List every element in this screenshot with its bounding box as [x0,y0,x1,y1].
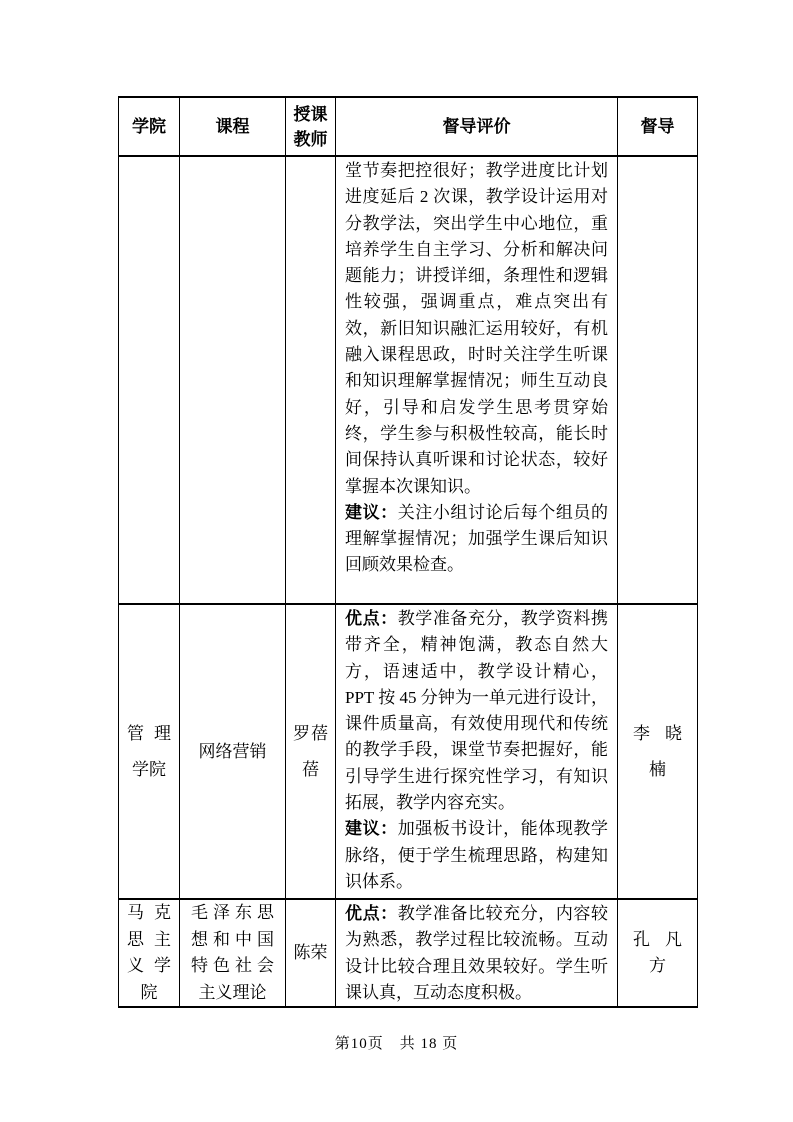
paragraph-text: 堂节奏把控很好；教学进度比计划进度延后 2 次课，教学设计运用对分教学法，突出学… [345,161,608,496]
document-page: 学院 课程 授课教师 督导评价 督导 堂节奏把控很好；教学进度比计划进度延后 2… [0,0,793,1122]
suggestion-label: 建议： [345,819,398,838]
table-row: 管理学院 网络营销 罗蓓蓓 优点：教学准备充分，教学资料携带齐全，精神饱满，教态… [119,604,698,899]
evaluation-paragraph: 优点：教学准备比较充分，内容较为熟悉，教学过程比较流畅。互动设计比较合理且效果较… [345,901,608,1006]
paragraph-text: 教学准备充分，教学资料携带齐全，精神饱满，教态自然大方，语速适中，教学设计精心，… [345,609,608,812]
evaluation-paragraph: 建议：关注小组讨论后每个组员的理解掌握情况；加强学生课后知识回顾效果检查。 [345,500,608,579]
merit-label: 优点： [345,904,398,923]
supervisor-cell: 李晓楠 [618,604,698,899]
header-cell-supervisor: 督导 [618,97,698,156]
course-cell: 网络营销 [180,604,286,899]
suggestion-label: 建议： [345,503,398,522]
evaluation-cell: 优点：教学准备充分，教学资料携带齐全，精神饱满，教态自然大方，语速适中，教学设计… [336,604,618,899]
college-cell: 管理学院 [119,604,180,899]
supervision-evaluation-table: 学院 课程 授课教师 督导评价 督导 堂节奏把控很好；教学进度比计划进度延后 2… [118,96,698,1008]
header-cell-course: 课程 [180,97,286,156]
college-cell: 马克思主义学院 [119,899,180,1007]
course-cell: 毛泽东思想和中国特色社会主义理论 [180,899,286,1007]
table-row: 马克思主义学院 毛泽东思想和中国特色社会主义理论 陈荣 优点：教学准备比较充分，… [119,899,698,1007]
course-cell [180,156,286,604]
table-header-row: 学院 课程 授课教师 督导评价 督导 [119,97,698,156]
teacher-cell [286,156,336,604]
teacher-cell: 罗蓓蓓 [286,604,336,899]
merit-label: 优点： [345,609,398,628]
table-row: 堂节奏把控很好；教学进度比计划进度延后 2 次课，教学设计运用对分教学法，突出学… [119,156,698,604]
teacher-cell: 陈荣 [286,899,336,1007]
supervisor-cell: 孔凡方 [618,899,698,1007]
college-cell [119,156,180,604]
evaluation-paragraph: 堂节奏把控很好；教学进度比计划进度延后 2 次课，教学设计运用对分教学法，突出学… [345,158,608,500]
header-cell-college: 学院 [119,97,180,156]
supervisor-cell [618,156,698,604]
evaluation-cell: 优点：教学准备比较充分，内容较为熟悉，教学过程比较流畅。互动设计比较合理且效果较… [336,899,618,1007]
page-footer: 第10页 共 18 页 [0,1032,793,1053]
evaluation-paragraph: 优点：教学准备充分，教学资料携带齐全，精神饱满，教态自然大方，语速适中，教学设计… [345,606,608,816]
header-cell-teacher: 授课教师 [286,97,336,156]
header-cell-evaluation: 督导评价 [336,97,618,156]
evaluation-cell: 堂节奏把控很好；教学进度比计划进度延后 2 次课，教学设计运用对分教学法，突出学… [336,156,618,604]
evaluation-paragraph: 建议：加强板书设计，能体现教学脉络，便于学生梳理思路，构建知识体系。 [345,816,608,895]
